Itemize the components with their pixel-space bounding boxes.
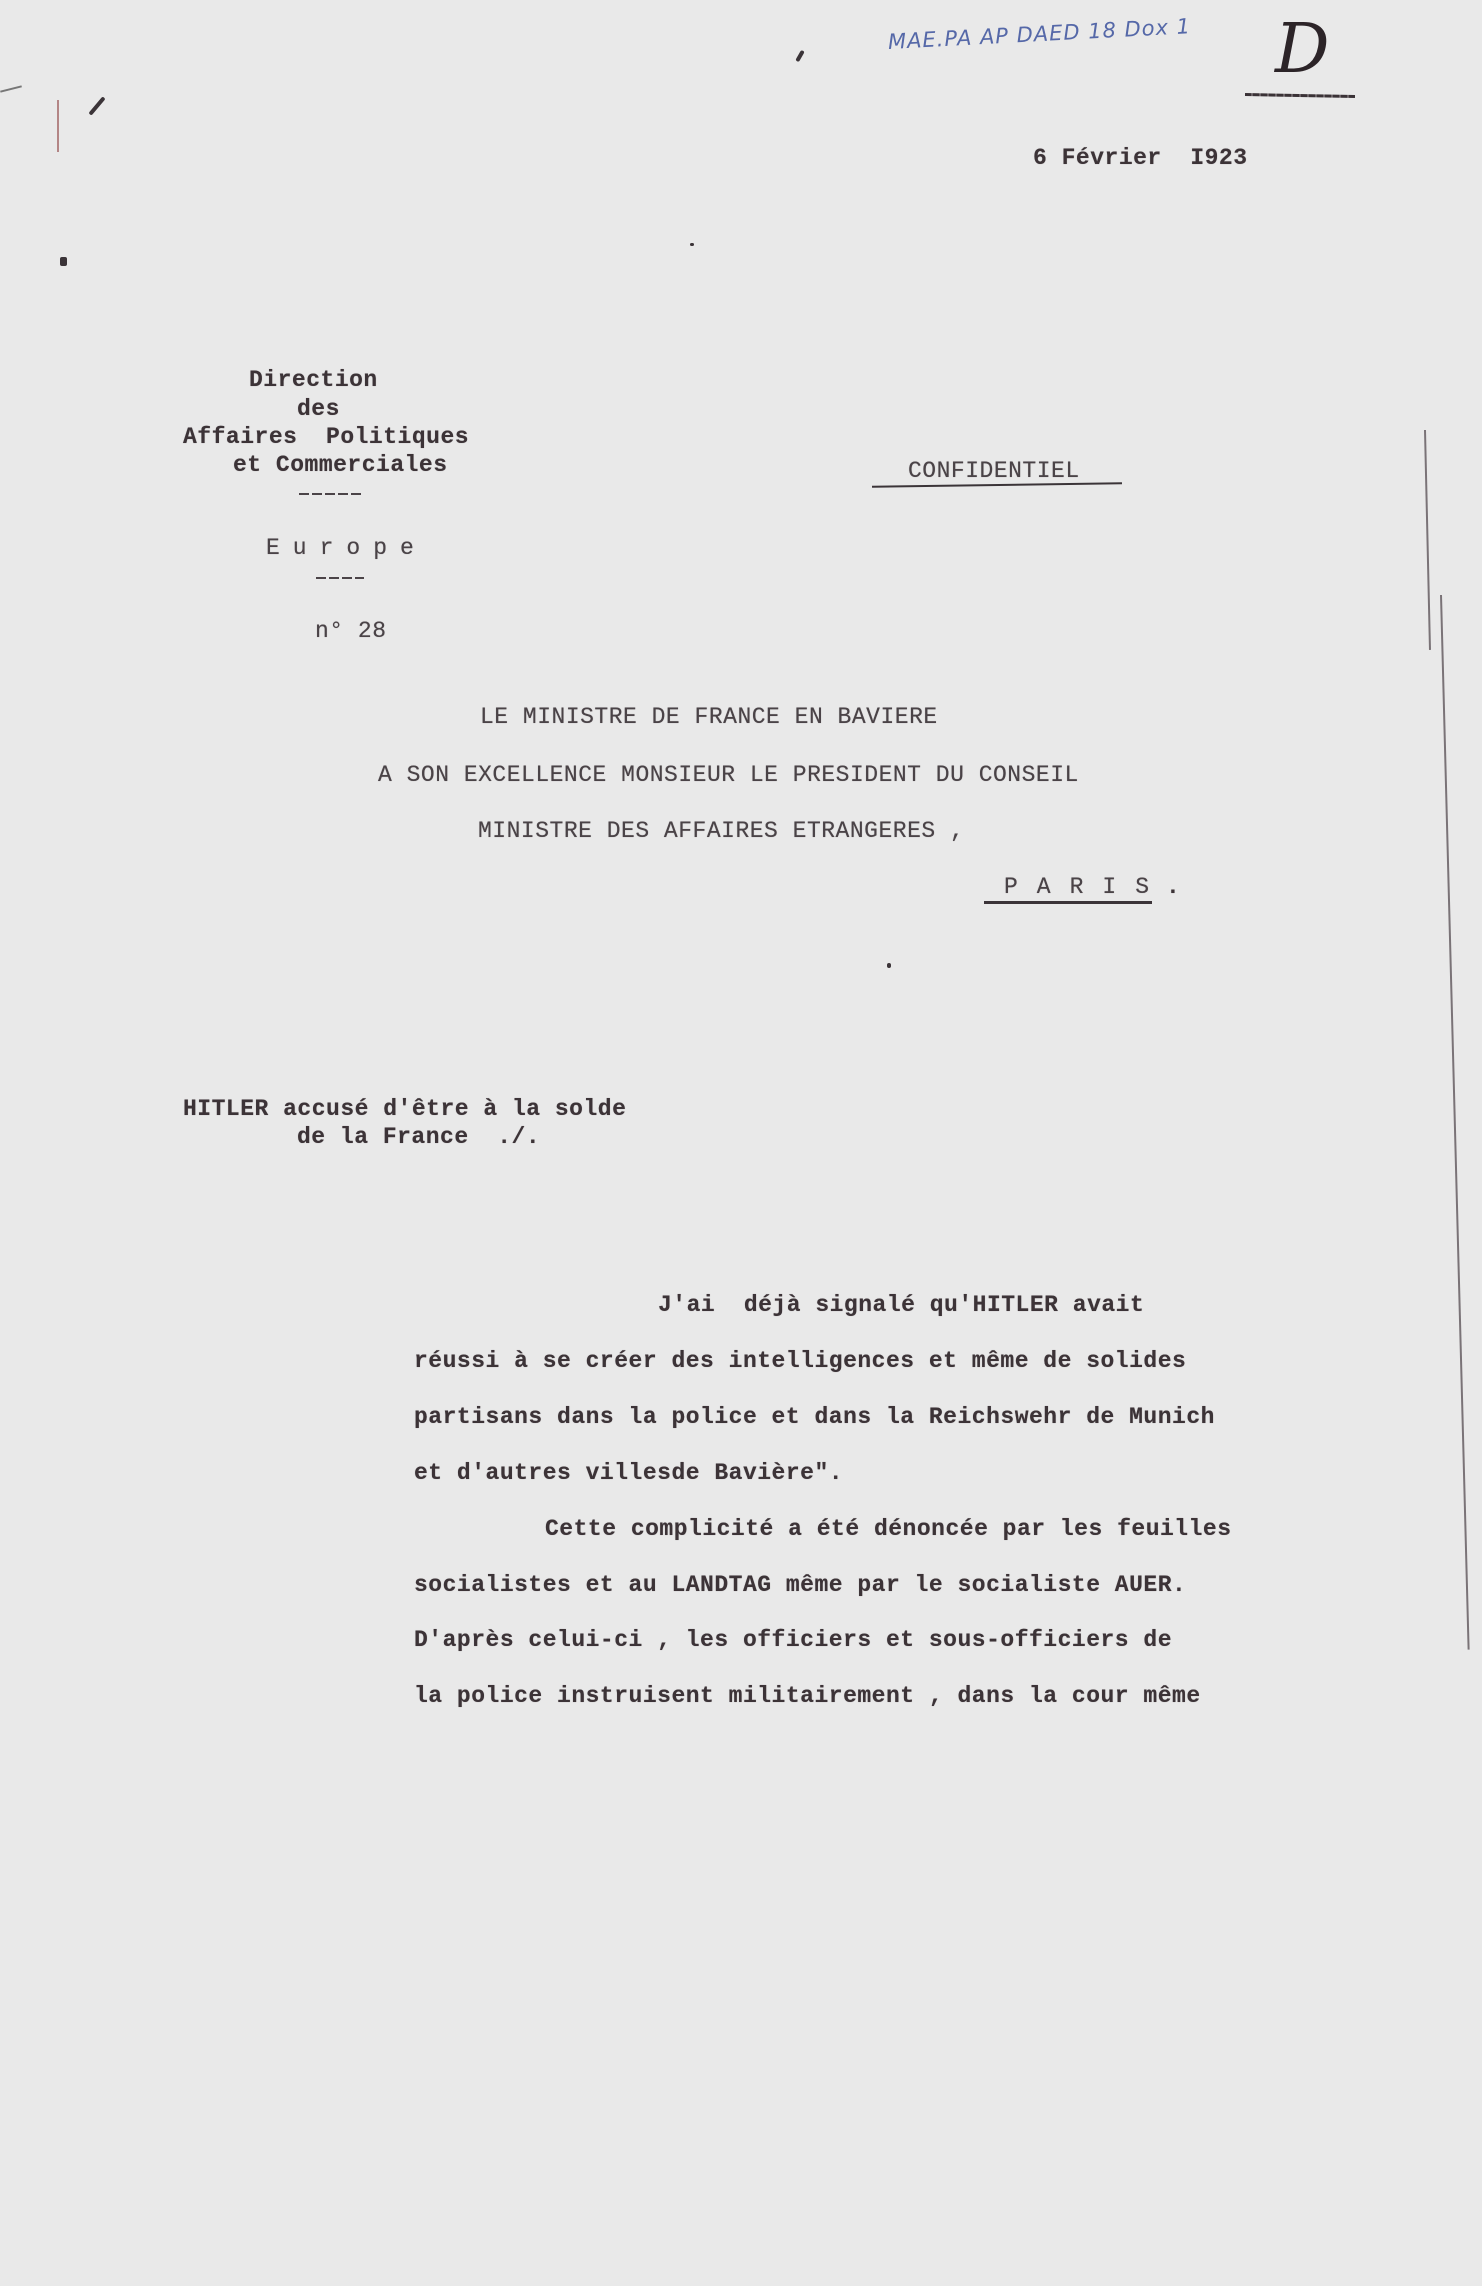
subject-line-1: HITLER accusé d'être à la solde [183,1096,626,1122]
region-divider [316,577,364,579]
subject-line-2: de la France ./. [297,1124,540,1150]
sender-divider [299,493,363,495]
address-city-period: . [1166,874,1180,900]
sender-line-3: Affaires Politiques [183,424,469,450]
body-line-4: et d'autres villesde Bavière". [414,1460,843,1486]
body-line-3: partisans dans la police et dans la Reic… [414,1404,1215,1430]
scan-edge-line [1424,430,1430,650]
body-line-5: Cette complicité a été dénoncée par les … [545,1516,1232,1542]
stray-mark [0,85,22,92]
scan-edge-line [1440,595,1469,1650]
archive-annotation: MAE.PA AP DAED 18 Dox 1 [887,14,1191,54]
margin-red-mark [57,100,59,152]
stamp-letter: D [1275,16,1330,84]
body-line-6: socialistes et au LANDTAG même par le so… [414,1572,1186,1598]
classification-label: CONFIDENTIEL [908,458,1080,484]
address-to-line-2: MINISTRE DES AFFAIRES ETRANGERES , [478,818,964,844]
sender-line-2: des [297,396,340,422]
stray-mark [690,243,694,246]
address-to-line-1: A SON EXCELLENCE MONSIEUR LE PRESIDENT D… [378,762,1079,788]
sender-line-4: et Commerciales [233,452,448,478]
body-line-7: D'après celui-ci , les officiers et sous… [414,1627,1172,1653]
stray-mark [887,963,891,968]
address-city: PARIS [1004,874,1168,900]
stamp-underline [1245,93,1355,98]
dispatch-number: n° 28 [315,618,387,644]
body-line-2: réussi à se créer des intelligences et m… [414,1348,1186,1374]
stray-mark [795,50,804,62]
body-line-1: J'ai déjà signalé qu'HITLER avait [658,1292,1144,1318]
stray-mark [88,96,105,115]
body-line-8: la police instruisent militairement , da… [414,1683,1201,1709]
sender-region: Europe [266,535,427,561]
stray-mark [60,257,67,266]
address-from: LE MINISTRE DE FRANCE EN BAVIERE [480,704,938,730]
sender-line-1: Direction [249,367,378,393]
document-date: 6 Février I923 [1033,145,1248,171]
city-underline [984,901,1152,904]
